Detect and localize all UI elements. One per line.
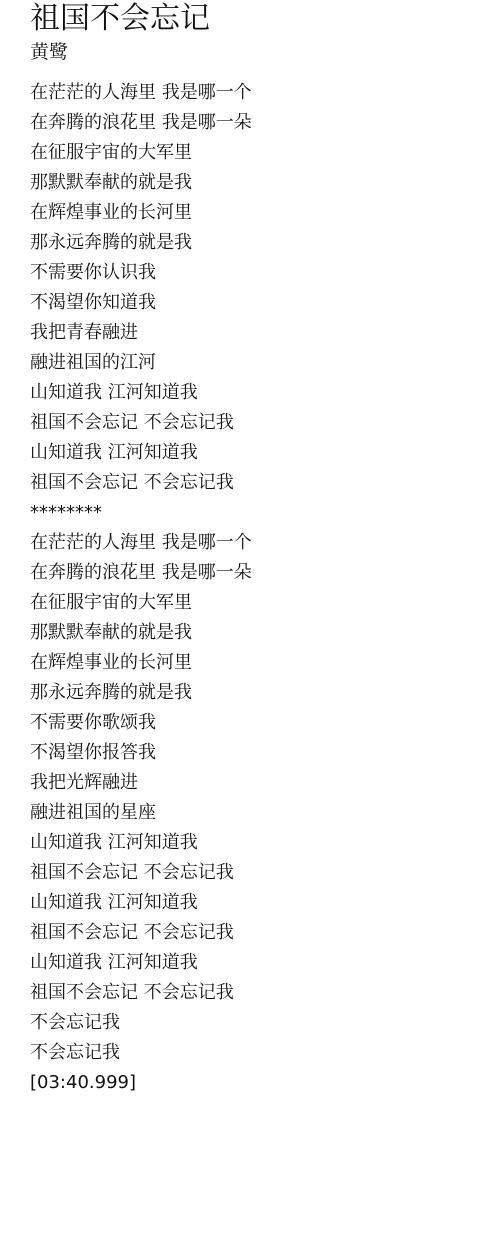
lyric-line: 不会忘记我 <box>30 1008 500 1038</box>
lyric-line: 在茫茫的人海里 我是哪一个 <box>30 78 500 108</box>
lyric-line: 山知道我 江河知道我 <box>30 948 500 978</box>
lyric-line: 山知道我 江河知道我 <box>30 378 500 408</box>
lyric-line: 融进祖国的星座 <box>30 798 500 828</box>
lyric-line: 那永远奔腾的就是我 <box>30 678 500 708</box>
lyric-line: 祖国不会忘记 不会忘记我 <box>30 918 500 948</box>
lyric-line: 山知道我 江河知道我 <box>30 438 500 468</box>
lyrics-page: 祖国不会忘记 黄鹭 在茫茫的人海里 我是哪一个在奔腾的浪花里 我是哪一朵在征服宇… <box>0 0 500 1098</box>
lyric-line: 在辉煌事业的长河里 <box>30 198 500 228</box>
lyric-line: 那默默奉献的就是我 <box>30 168 500 198</box>
lyric-line: 那永远奔腾的就是我 <box>30 228 500 258</box>
lyric-line: 不需要你歌颂我 <box>30 708 500 738</box>
lyric-line: 在茫茫的人海里 我是哪一个 <box>30 528 500 558</box>
lyric-line: 我把光辉融进 <box>30 768 500 798</box>
lyric-line: 那默默奉献的就是我 <box>30 618 500 648</box>
lyric-line: 不需要你认识我 <box>30 258 500 288</box>
lyric-line: 祖国不会忘记 不会忘记我 <box>30 858 500 888</box>
lyric-line: 祖国不会忘记 不会忘记我 <box>30 978 500 1008</box>
lyrics-list: 在茫茫的人海里 我是哪一个在奔腾的浪花里 我是哪一朵在征服宇宙的大军里那默默奉献… <box>30 78 500 1098</box>
lyric-line: 在奔腾的浪花里 我是哪一朵 <box>30 558 500 588</box>
lyric-line: 在奔腾的浪花里 我是哪一朵 <box>30 108 500 138</box>
lyric-line: 祖国不会忘记 不会忘记我 <box>30 468 500 498</box>
lyric-line: [03:40.999] <box>30 1068 500 1098</box>
lyric-line: 祖国不会忘记 不会忘记我 <box>30 408 500 438</box>
lyric-line: 不渴望你报答我 <box>30 738 500 768</box>
lyric-line: 我把青春融进 <box>30 318 500 348</box>
lyric-line: 在征服宇宙的大军里 <box>30 588 500 618</box>
song-title: 祖国不会忘记 <box>30 0 500 38</box>
lyric-line: 山知道我 江河知道我 <box>30 828 500 858</box>
lyric-line: ******** <box>30 498 500 528</box>
lyric-line: 山知道我 江河知道我 <box>30 888 500 918</box>
lyric-line: 融进祖国的江河 <box>30 348 500 378</box>
lyric-line: 在征服宇宙的大军里 <box>30 138 500 168</box>
lyric-line: 不会忘记我 <box>30 1038 500 1068</box>
lyric-line: 在辉煌事业的长河里 <box>30 648 500 678</box>
artist-name: 黄鹭 <box>30 38 500 66</box>
lyric-line: 不渴望你知道我 <box>30 288 500 318</box>
